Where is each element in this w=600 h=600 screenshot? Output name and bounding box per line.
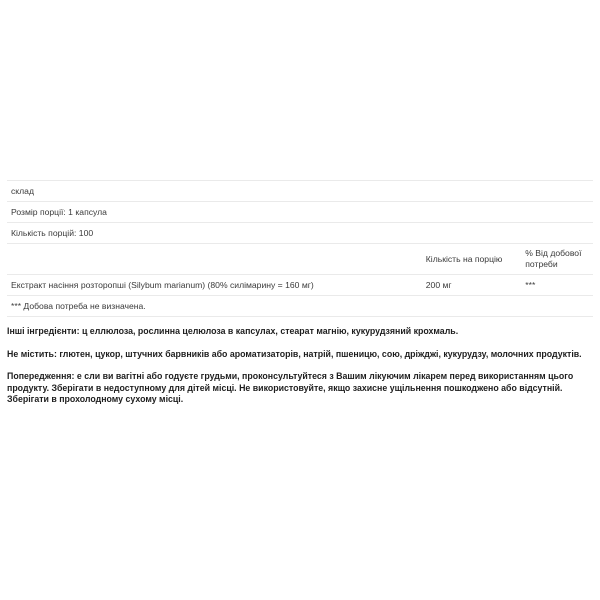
does-not-contain: Не містить: глютен, цукор, штучних барвн… bbox=[7, 349, 593, 361]
ingredient-daily-value: *** bbox=[521, 275, 593, 296]
footnote: *** Добова потреба не визначена. bbox=[7, 296, 593, 317]
header-daily-value: % Від добової потреби bbox=[521, 244, 593, 275]
ingredient-name: Екстракт насіння розторопші (Silybum mar… bbox=[7, 275, 422, 296]
table-header-row: Кількість на порцію % Від добової потреб… bbox=[7, 244, 593, 275]
product-description: склад Розмір порції: 1 капсула Кількість… bbox=[7, 180, 593, 417]
table-row: Екстракт насіння розторопші (Silybum mar… bbox=[7, 275, 593, 296]
other-ingredients: Інші інгредієнти: ц еллюлоза, рослинна ц… bbox=[7, 326, 593, 338]
header-amount: Кількість на порцію bbox=[422, 244, 521, 275]
facts-title: склад bbox=[7, 181, 593, 202]
footnote-row: *** Добова потреба не визначена. bbox=[7, 296, 593, 317]
serving-size: Розмір порції: 1 капсула bbox=[7, 202, 593, 223]
serving-size-row: Розмір порції: 1 капсула bbox=[7, 202, 593, 223]
supplement-facts-table: склад Розмір порції: 1 капсула Кількість… bbox=[7, 180, 593, 317]
ingredient-amount: 200 мг bbox=[422, 275, 521, 296]
product-notes: Інші інгредієнти: ц еллюлоза, рослинна ц… bbox=[7, 326, 593, 406]
header-name-cell bbox=[7, 244, 422, 275]
servings-per-container-row: Кількість порцій: 100 bbox=[7, 223, 593, 244]
facts-title-row: склад bbox=[7, 181, 593, 202]
servings-per-container: Кількість порцій: 100 bbox=[7, 223, 593, 244]
warning: Попередження: е сли ви вагітні або годує… bbox=[7, 371, 593, 406]
